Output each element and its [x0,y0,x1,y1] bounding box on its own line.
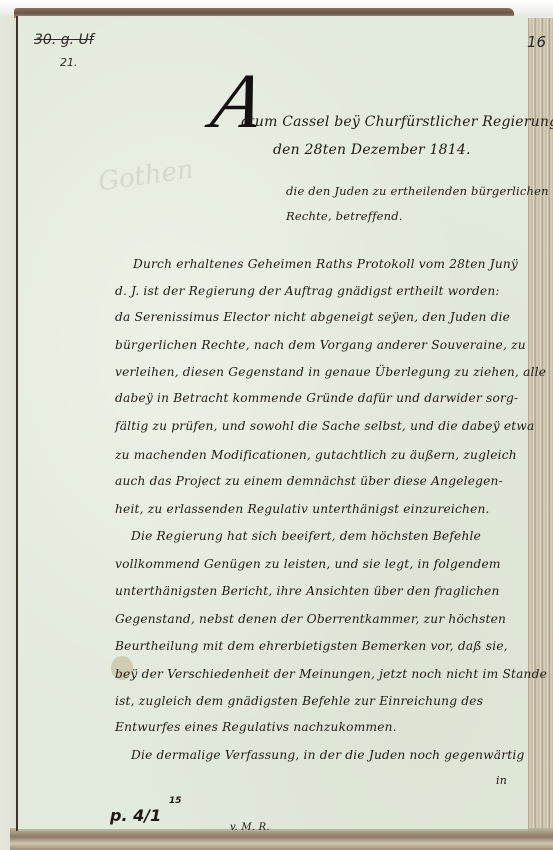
body-line: verleihen, diesen Gegenstand in genaue Ü… [115,365,546,379]
body-line: Die dermalige Verfassung, in der die Jud… [131,748,525,762]
archival-number: 21. [60,56,78,69]
body-line: d. J. ist der Regierung der Auftrag gnäd… [115,284,500,298]
heading-line-2-date: den 28ten Dezember 1814. [273,142,471,158]
heading-line-1: ctum Cassel beÿ Churfürstlicher Regierun… [241,114,553,130]
manuscript-page: Gothen 30. g. Uf 21. 16 A ctum Cassel be… [16,16,528,831]
body-line: Entwurfes eines Regulativs nachzukommen. [115,720,397,734]
body-line: fältig zu prüfen, und sowohl die Sache s… [115,419,534,433]
body-line: Gegenstand, nebst denen der Oberrentkamm… [115,612,506,626]
body-line: heit, zu erlassenden Regulativ unterthän… [115,502,490,516]
page-reference-superscript: 15 [169,796,182,806]
body-line: ist, zugleich dem gnädigsten Befehle zur… [115,694,483,708]
page-reference: p. 4/1 [110,806,161,825]
body-line: Durch erhaltenes Geheimen Raths Protokol… [133,257,518,271]
body-line: zu machenden Modificationen, gutachtlich… [115,448,517,462]
body-line: auch das Project zu einem demnächst über… [115,474,503,488]
catchword: in [496,774,507,787]
body-line: beÿ der Verschiedenheit der Meinungen, j… [115,667,547,681]
folio-number: 16 [527,33,546,51]
body-line: Beurtheilung mit dem ehrerbietigsten Bem… [115,639,508,653]
body-line: unterthänigsten Bericht, ihre Ansichten … [115,584,500,598]
subject-line-1: die den Juden zu ertheilenden bürgerlich… [286,184,549,198]
body-line: Die Regierung hat sich beeifert, dem höc… [131,529,481,543]
bleed-through-text: Gothen [96,154,195,197]
body-line: bürgerlichen Rechte, nach dem Vorgang an… [115,338,526,352]
subject-line-2: Rechte, betreffend. [286,209,403,223]
struck-archival-number: 30. g. Uf [34,32,94,48]
stacked-page-edges-bottom [10,828,553,850]
body-line: vollkommend Genügen zu leisten, und sie … [115,557,501,571]
body-line: dabeÿ in Betracht kommende Gründe dafür … [115,391,518,405]
initials: v. M. R. [230,822,270,833]
body-line: da Serenissimus Elector nicht abgeneigt … [115,310,510,324]
